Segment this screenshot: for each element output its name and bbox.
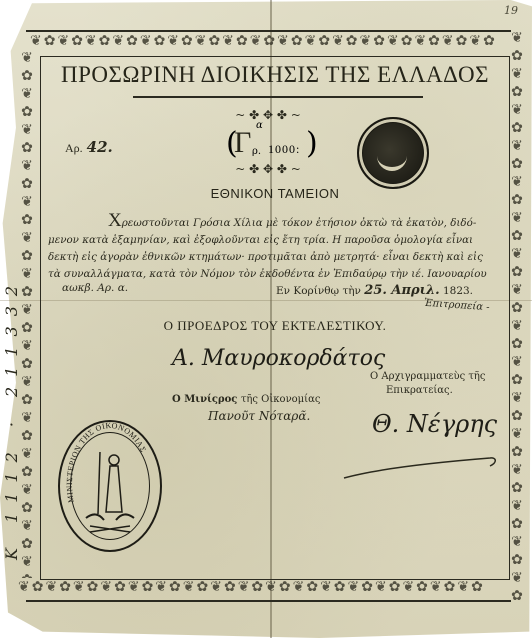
president-heading: Ο ΠΡΟΕΔΡΟΣ ΤΟΥ ΕΚΤΕΛΕΣΤΙΚΟΥ. — [44, 318, 506, 334]
minister-label: Ο Μινίςρος τῆς Οἰκονομίας — [172, 394, 320, 405]
svg-text:ΜΙΝΙΣΤΕΡΙΟΝ ΤΗΣ ΟΙΚΟΝΟΜΙΑΣ: ΜΙΝΙΣΤΕΡΙΟΝ ΤΗΣ ΟΙΚΟΝΟΜΙΑΣ — [65, 422, 148, 503]
president-signature: Α. Μαυροκορδάτος — [172, 346, 385, 371]
ornament-bottom: ~ ✤ ✥ ✤ ~ — [222, 162, 314, 176]
corner-number: 19 — [504, 4, 518, 17]
serial-value: 42. — [87, 138, 113, 156]
treasury-heading: ΕΘΝΙΚΟΝ ΤΑΜΕΙΟΝ — [44, 186, 506, 201]
date-year: 1823. — [443, 285, 473, 297]
serial-label: Αρ. — [65, 141, 83, 155]
bracket-right: ) — [306, 126, 318, 161]
bond-body-text: Χρεωστοῦνται Γρόσια Χίλια μὲ τόκον ἐτήσι… — [48, 212, 500, 283]
place-date: Εν Κορίνθῳ τὴν 25. Απριλ. 1823. — [276, 283, 473, 298]
denomination-box: ~ ✤ ✥ ✤ ~ ( Γ α ρ. 1000: ) ~ ✤ ✥ ✤ ~ — [222, 108, 314, 174]
serial-number: Αρ.42. — [65, 138, 113, 156]
body-line-2: μενον κατὰ ἑξαμηνίαν, καὶ ἐξοφλοῦνται εἰ… — [48, 232, 500, 249]
title-underline — [133, 96, 423, 98]
archgrammateus-label: Ο Αρχιγραμματεὺς τῆς Επικρατείας. — [370, 370, 486, 398]
ministry-oval-seal: ΜΙΝΙΣΤΕΡΙΟΝ ΤΗΣ ΟΙΚΟΝΟΜΙΑΣ — [58, 420, 162, 552]
minister-signature: Πανοῦτ Νόταρᾶ. — [208, 409, 310, 423]
ornamental-border-top: ❦✿❦✿❦✿❦✿❦✿❦✿❦✿❦✿❦✿❦✿❦✿❦✿❦✿❦✿❦✿❦✿❦✿ — [30, 32, 510, 50]
round-crescent-seal — [357, 117, 429, 189]
currency-symbol: Γ — [234, 126, 251, 160]
seal-ring-text: ΜΙΝΙΣΤΕΡΙΟΝ ΤΗΣ ΟΙΚΟΝΟΜΙΑΣ — [65, 422, 148, 503]
athena-figure-icon: ΜΙΝΙΣΤΕΡΙΟΝ ΤΗΣ ΟΙΚΟΝΟΜΙΑΣ — [60, 422, 160, 550]
margin-handwriting: K 1112 · 211332 — [2, 140, 22, 560]
body-line-4: τὰ συναλλάγματα, κατὰ τὸν Νόμον τὸν ἐκδο… — [48, 266, 500, 283]
place-date-prefix: Εν Κορίνθῳ τὴν — [276, 285, 361, 297]
currency-superscript: α — [256, 120, 263, 131]
ornamental-border-bottom: ❦✿❦✿❦✿❦✿❦✿❦✿❦✿❦✿❦✿❦✿❦✿❦✿❦✿❦✿❦✿❦✿❦✿ — [18, 578, 513, 596]
law-reference: αωκβ. Αρ. α. — [62, 282, 128, 294]
signature-flourish — [340, 454, 500, 482]
denomination-value: 1000: — [268, 142, 300, 157]
body-line-3: δεκτὴ εἰς ἀγορὰν ἐθνικῶν κτημάτων· προτι… — [48, 249, 500, 266]
document-title: ΠΡΟΣΩΡΙΝΗ ΔΙΟΙΚΗΣΙΣ ΤΗΣ ΕΛΛΑΔΟΣ — [44, 62, 506, 88]
currency-subscript: ρ. — [252, 146, 261, 157]
handwritten-date: 25. Απριλ. — [364, 283, 439, 298]
archgrammateus-signature: Θ. Νέγρης — [372, 410, 497, 438]
crescent-icon — [377, 153, 407, 171]
body-line-1: Χρεωστοῦνται Γρόσια Χίλια μὲ τόκον ἐτήσι… — [48, 212, 500, 232]
ornament-top: ~ ✤ ✥ ✤ ~ — [222, 108, 314, 122]
drop-cap: Χ — [108, 210, 122, 231]
ornamental-border-right: ❦✿❦✿❦✿❦✿❦✿❦✿❦✿❦✿❦✿❦✿❦✿❦✿❦✿❦✿❦✿❦✿❦✿❦✿❦ — [508, 30, 526, 600]
